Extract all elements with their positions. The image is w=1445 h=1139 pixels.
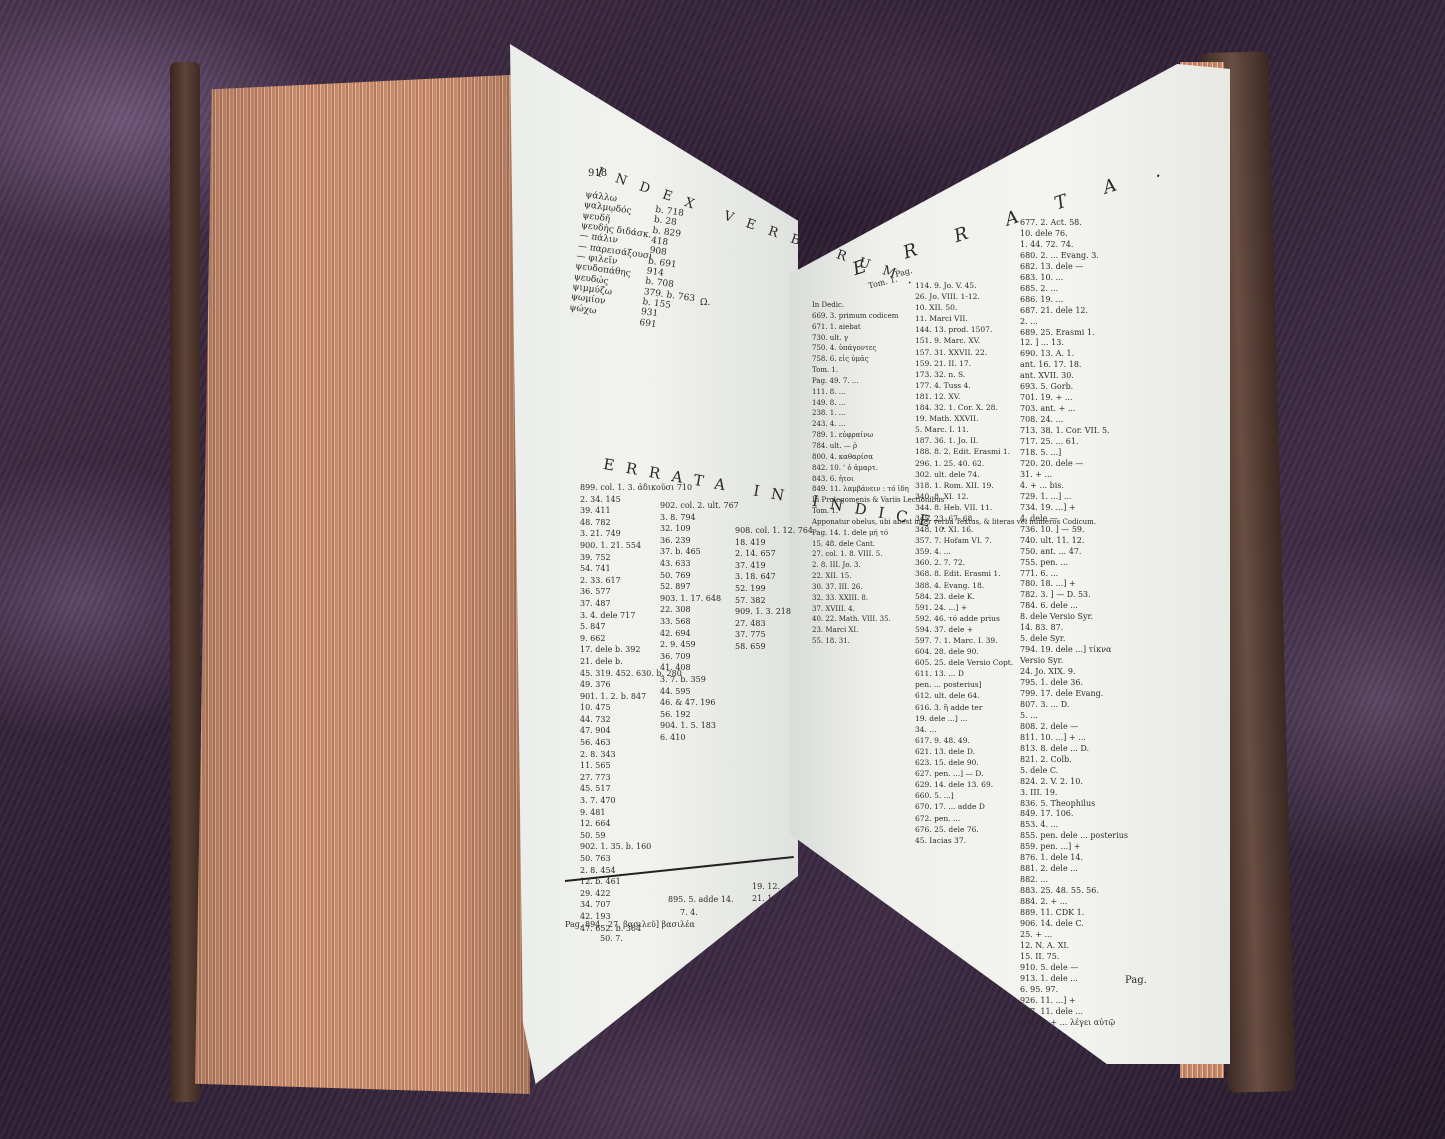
errata-entry: Versio Syr. [1020, 656, 1128, 667]
errata-entry: 677. 2. Act. 58. [1020, 218, 1128, 229]
errata-entry: 177. 4. Tuss 4. [915, 380, 1013, 391]
errata-entry: 22. 308 [660, 604, 739, 616]
errata-entry: 910. 5. dele — [1020, 963, 1128, 974]
errata-entry: 881. 2. dele ... [1020, 864, 1128, 875]
errata-entry: 3. 7. 470 [580, 795, 692, 807]
errata-entry: 27. 773 [580, 772, 692, 784]
errata-entry: 821. 2. Colb. [1020, 755, 1128, 766]
errata-entry: 926. 11. ...] + [1020, 996, 1128, 1007]
errata-entry: 18. 419 [735, 537, 813, 549]
errata-entry: 56. 192 [660, 709, 739, 721]
errata-entry: 680. 2. ... Evang. 3. [1020, 251, 1128, 262]
errata-entry: 617. 9. 48. 49. [915, 735, 1013, 746]
errata-entry: 359. 4. ... [915, 546, 1013, 557]
errata-entry: 344. 8. Heb. VII. 11. [915, 502, 1013, 513]
errata-entry: 621. 13. dele D. [915, 746, 1013, 757]
errata-entry: 807. 3. ... D. [1020, 700, 1128, 711]
errata-entry: 701. 19. + ... [1020, 393, 1128, 404]
errata-entry: 855. pen. dele ... posterius [1020, 831, 1128, 842]
errata-entry: 597. 7. 1. Marc. I. 39. [915, 635, 1013, 646]
errata-entry: 302. ult. dele 74. [915, 469, 1013, 480]
errata-entry: 902. col. 2. ult. 767 [660, 500, 739, 512]
errata-entry: 909. 1. 3. 218 [735, 606, 813, 618]
errata-entry: 616. 3. ἢ adde ter [915, 702, 1013, 713]
errata-entry: 902. 1. 35. b. 160 [580, 841, 692, 853]
errata-entry: 876. 1. dele 14. [1020, 853, 1128, 864]
errata-entry: 348. 10. XI. 16. [915, 524, 1013, 535]
errata-column-3: 677. 2. Act. 58.10. dele 76.1. 44. 72. 7… [1020, 218, 1128, 1029]
errata-entry: 188. 8. 2. Edit. Erasmi 1. [915, 446, 1013, 457]
errata-entry: 45. Iacias 37. [915, 835, 1013, 846]
errata-entry: 592. 46. τό adde prius [915, 613, 1013, 624]
errata-entry: 360. 2. 7. 72. [915, 557, 1013, 568]
errata-entry: 50. 769 [660, 570, 739, 582]
errata-entry: 782. 3. ] — D. 53. [1020, 590, 1128, 601]
errata-entry: 612. ult. dele 64. [915, 690, 1013, 701]
errata-entry: 882. ... [1020, 875, 1128, 886]
errata-entry: 9. 481 [580, 807, 692, 819]
errata-entry: 357. 7. Hofam VI. 7. [915, 535, 1013, 546]
errata-entry: 780. 18. ...] + [1020, 579, 1128, 590]
errata-index-column-3: 908. col. 1. 12. 76418. 4192. 14. 65737.… [735, 525, 813, 653]
errata-entry: 11. Marci VII. [915, 313, 1013, 324]
errata-entry: 2. ... [1020, 317, 1128, 328]
errata-entry: 750. ant. ... 47. [1020, 547, 1128, 558]
footer-line-4: 7. 4. [680, 908, 698, 917]
errata-entry: 42. 694 [660, 628, 739, 640]
footer-line-2: 50. 7. [600, 934, 623, 943]
errata-entry: 5. ... [1020, 711, 1128, 722]
errata-entry: 913. 1. dele ... [1020, 974, 1128, 985]
errata-entry: 144. 13. prod. 1507. [915, 324, 1013, 335]
errata-entry: 1. 44. 72. 74. [1020, 240, 1128, 251]
errata-entry: 849. 17. 106. [1020, 809, 1128, 820]
errata-entry: 811. 10. ...] + ... [1020, 733, 1128, 744]
errata-entry: 50. 59 [580, 830, 692, 842]
errata-entry: 736. 10. ] — 59. [1020, 525, 1128, 536]
errata-entry: 2. 14. 657 [735, 548, 813, 560]
errata-entry: 187. 36. 1. Jo. II. [915, 435, 1013, 446]
errata-entry: 703. ant. + ... [1020, 404, 1128, 415]
errata-entry: 388. 4. Evang. 18. [915, 580, 1013, 591]
errata-entry: 683. 10. ... [1020, 273, 1128, 284]
errata-entry: 3. 18. 647 [735, 571, 813, 583]
errata-entry: 36. 709 [660, 651, 739, 663]
errata-entry: 908. col. 1. 12. 764 [735, 525, 813, 537]
errata-entry: 19. dele ...] ... [915, 713, 1013, 724]
errata-entry: 734. 19. ...] + [1020, 503, 1128, 514]
errata-entry: 19. Math. XXVII. [915, 413, 1013, 424]
footer-line-5: 19. 12. [752, 882, 780, 891]
errata-entry: 672. pen. ... [915, 813, 1013, 824]
errata-column-2: 114. 9. Jo. V. 45.26. Jo. VIII. 1-12.10.… [915, 280, 1013, 846]
errata-entry: 6. 410 [660, 732, 739, 744]
left-leather-cover [170, 62, 200, 1102]
errata-entry: 604. 28. dele 90. [915, 646, 1013, 657]
errata-entry: 686. 19. ... [1020, 295, 1128, 306]
errata-entry: 884. 2. + ... [1020, 897, 1128, 908]
errata-entry: 12. 664 [580, 818, 692, 830]
errata-entry: 37. 775 [735, 629, 813, 641]
errata-entry: 931. 8. + ... λέγει αὐτῷ [1020, 1018, 1128, 1029]
errata-entry: 10. XII. 50. [915, 302, 1013, 313]
errata-entry: 676. 25. dele 76. [915, 824, 1013, 835]
errata-entry: 50. 763 [580, 853, 692, 865]
errata-entry: 14. 83. 87. [1020, 623, 1128, 634]
errata-entry: 41. 408 [660, 662, 739, 674]
errata-entry: 345. 23. 67. 68. [915, 513, 1013, 524]
errata-entry: 729. 1. ...] ... [1020, 492, 1128, 503]
errata-entry: 10. dele 76. [1020, 229, 1128, 240]
errata-entry: 784. 6. dele ... [1020, 601, 1128, 612]
errata-entry: 883. 25. 48. 55. 56. [1020, 886, 1128, 897]
errata-entry: 46. & 47. 196 [660, 697, 739, 709]
errata-entry: 808. 2. dele — [1020, 722, 1128, 733]
errata-entry: 3. 7. b. 359 [660, 674, 739, 686]
errata-entry: 26. Jo. VIII. 1-12. [915, 291, 1013, 302]
errata-entry: 43. 633 [660, 558, 739, 570]
errata-entry: 717. 25. ... 61. [1020, 437, 1128, 448]
errata-entry: 318. 1. Rom. XII. 19. [915, 480, 1013, 491]
errata-entry: 693. 5. Gorb. [1020, 382, 1128, 393]
left-page-block-shade [195, 74, 530, 1094]
errata-entry: 34. ... [915, 724, 1013, 735]
errata-entry: 853. 4. ... [1020, 820, 1128, 831]
errata-entry: 713. 38. 1. Cor. VII. 5. [1020, 426, 1128, 437]
errata-entry: 24. Jo. XIX. 9. [1020, 667, 1128, 678]
errata-entry: 114. 9. Jo. V. 45. [915, 280, 1013, 291]
errata-entry: 755. pen. ... [1020, 558, 1128, 569]
errata-entry: 629. 14. dele 13. 69. [915, 779, 1013, 790]
errata-entry: 623. 15. dele 90. [915, 757, 1013, 768]
errata-entry: 159. 21. II. 17. [915, 358, 1013, 369]
errata-entry: 5. dele Syr. [1020, 634, 1128, 645]
errata-entry: 799. 17. dele Evang. [1020, 689, 1128, 700]
errata-entry: 682. 13. dele — [1020, 262, 1128, 273]
errata-entry: 889. 11. CDK 1. [1020, 908, 1128, 919]
errata-entry: 151. 9. Marc. XV. [915, 335, 1013, 346]
errata-entry: 689. 25. Erasmi 1. [1020, 328, 1128, 339]
errata-entry: 368. 8. Edit. Erasmi 1. [915, 568, 1013, 579]
errata-entry: 903. 1. 17. 648 [660, 593, 739, 605]
errata-entry: 836. 5. Theophilus [1020, 799, 1128, 810]
errata-entry: 15. II. 75. [1020, 952, 1128, 963]
errata-entry: 296. 1. 25. 40. 62. [915, 458, 1013, 469]
errata-entry: 813. 8. dele ... D. [1020, 744, 1128, 755]
errata-entry: 794. 19. dele ...] τίκνα [1020, 645, 1128, 656]
errata-entry: pen. ... posterius] [915, 679, 1013, 690]
catchword: Pag. [1125, 975, 1147, 987]
errata-entry: 927. 11. dele ... [1020, 1007, 1128, 1018]
errata-entry: 4. dele — [1020, 514, 1128, 525]
errata-entry: 173. 32. n. S. [915, 369, 1013, 380]
errata-entry: 904. 1. 5. 183 [660, 720, 739, 732]
errata-index-column-2: 902. col. 2. ult. 7673. 8. 79432. 10936.… [660, 500, 739, 743]
footer-line-6: 21. 1. [752, 894, 775, 903]
errata-entry: 3. 8. 794 [660, 512, 739, 524]
section-letter: Ω. [700, 298, 710, 308]
errata-entry: 37. b. 465 [660, 546, 739, 558]
errata-entry: 605. 25. dele Versio Copt. [915, 657, 1013, 668]
errata-entry: 627. pen. ...] — D. [915, 768, 1013, 779]
errata-entry: 899. col. 1. 3. ἀδικοῦσι 710 [580, 482, 692, 494]
errata-entry: 584. 23. dele K. [915, 591, 1013, 602]
errata-entry: 685. 2. ... [1020, 284, 1128, 295]
errata-entry: ant. XVII. 30. [1020, 371, 1128, 382]
errata-entry: 52. 199 [735, 583, 813, 595]
errata-entry: 2. 8. 343 [580, 749, 692, 761]
errata-entry: 859. pen. ...] + [1020, 842, 1128, 853]
errata-entry: 690. 13. A. 1. [1020, 349, 1128, 360]
errata-entry: 6. 95. 97. [1020, 985, 1128, 996]
errata-entry: 12. N. A. XI. [1020, 941, 1128, 952]
errata-entry: 708. 24. ... [1020, 415, 1128, 426]
errata-entry: 670. 17. ... adde D [915, 801, 1013, 812]
errata-entry: 4. + ... bis. [1020, 481, 1128, 492]
errata-entry: 44. 595 [660, 686, 739, 698]
errata-entry: 771. 6. ... [1020, 569, 1128, 580]
errata-entry: 594. 37. dele + [915, 624, 1013, 635]
errata-entry: 57. 382 [735, 595, 813, 607]
errata-entry: 184. 32. 1. Cor. X. 28. [915, 402, 1013, 413]
errata-entry: 37. 419 [735, 560, 813, 572]
errata-entry: 5. dele C. [1020, 766, 1128, 777]
errata-entry: 25. + ... [1020, 930, 1128, 941]
errata-entry: 157. 31. XXVII. 22. [915, 347, 1013, 358]
errata-entry: 33. 568 [660, 616, 739, 628]
errata-entry: 27. 483 [735, 618, 813, 630]
footer-line-3: 895. 5. adde 14. [668, 895, 734, 904]
errata-entry: 8. dele Versio Syr. [1020, 612, 1128, 623]
errata-entry: 720. 20. dele — [1020, 459, 1128, 470]
errata-entry: 795. 1. dele 36. [1020, 678, 1128, 689]
errata-entry: 718. 5. ...] [1020, 448, 1128, 459]
errata-entry: 32. 109 [660, 523, 739, 535]
errata-entry: 740. ult. 11. 12. [1020, 536, 1128, 547]
errata-entry: 31. + ... [1020, 470, 1128, 481]
errata-entry: 181. 12. XV. [915, 391, 1013, 402]
errata-entry: 36. 239 [660, 535, 739, 547]
errata-entry: 58. 659 [735, 641, 813, 653]
errata-entry: 660. 5. ...] [915, 790, 1013, 801]
errata-entry: 2. 9. 459 [660, 639, 739, 651]
errata-entry: 591. 24. ...] + [915, 602, 1013, 613]
errata-entry: 52. 897 [660, 581, 739, 593]
footer-line-1: Pag. 894. 27. βασιλεῦ] βασιλέα [565, 920, 695, 929]
errata-entry: 340. 8. XI. 12. [915, 491, 1013, 502]
errata-entry: 11. 565 [580, 760, 692, 772]
errata-entry: 687. 21. dele 12. [1020, 306, 1128, 317]
errata-entry: 5. Marc. I. 11. [915, 424, 1013, 435]
errata-entry: ant. 16. 17. 18. [1020, 360, 1128, 371]
errata-entry: 824. 2. V. 2. 10. [1020, 777, 1128, 788]
errata-entry: 3. III. 19. [1020, 788, 1128, 799]
errata-entry: 12. ] ... 13. [1020, 338, 1128, 349]
errata-entry: 611. 13. ... D [915, 668, 1013, 679]
errata-entry: 906. 14. dele C. [1020, 919, 1128, 930]
errata-entry: 45. 517 [580, 783, 692, 795]
